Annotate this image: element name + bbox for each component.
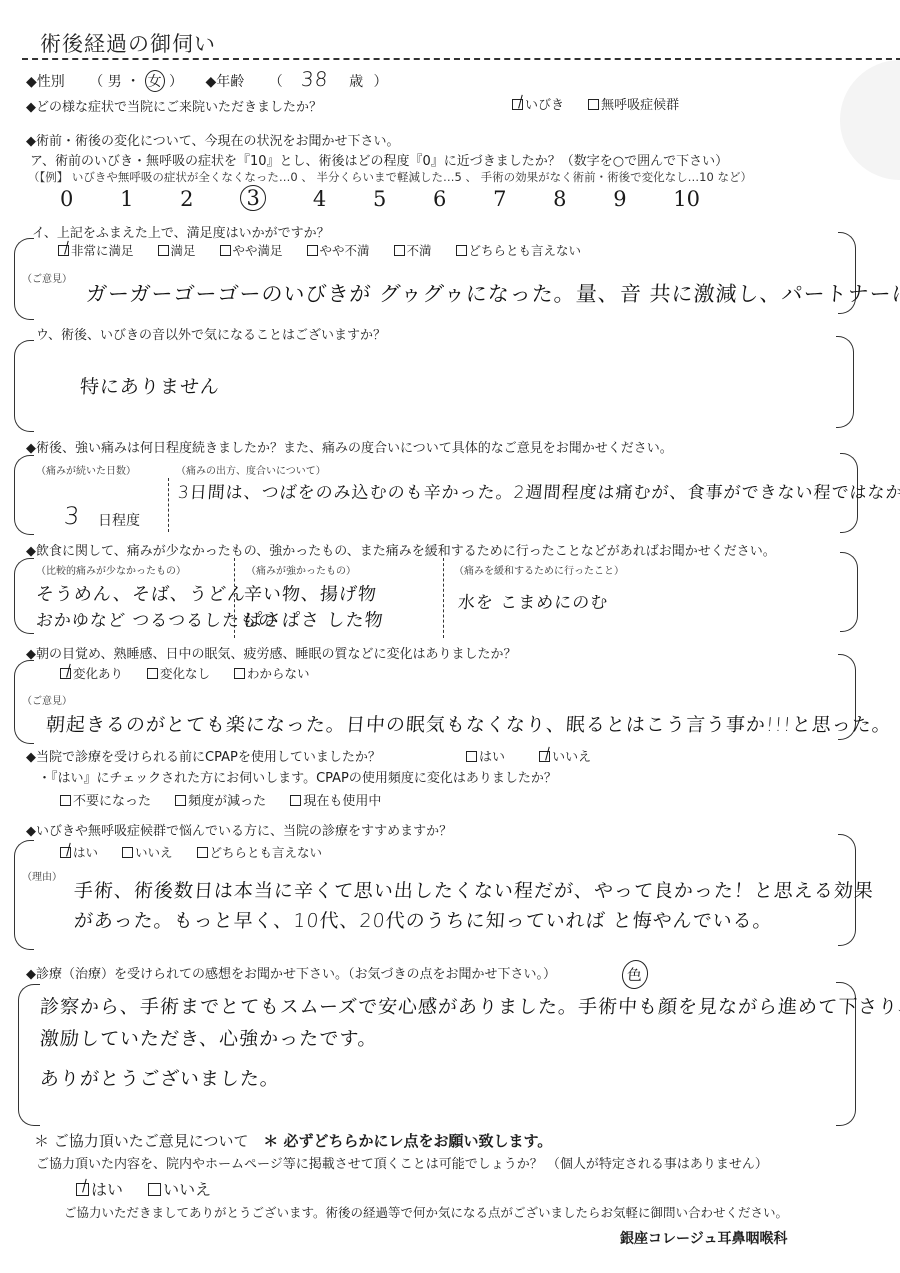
gender-option-female[interactable]: 女 [145, 70, 165, 92]
food-strong-line-2[interactable]: ぱさぱさ した物 [243, 606, 385, 632]
consent-heading-a: ＊ ご協力頂いたご意見について [34, 1132, 248, 1150]
scale-1[interactable]: 1 [120, 187, 133, 211]
checkbox[interactable] [466, 751, 477, 762]
food-relief-line-1[interactable]: 水を こまめにのむ [457, 588, 609, 613]
other-concerns-answer[interactable]: 特にありません [79, 372, 221, 399]
checkbox[interactable] [456, 245, 467, 256]
recommend-question: ◆いびきや無呼吸症候群で悩んでいる方に、当院の診療をすすめますか？ [26, 820, 452, 839]
checkbox[interactable] [394, 245, 405, 256]
change-example: （【例】 いびきや無呼吸の症状が全くなくなった…0 、 半分くらいまで軽減した…… [28, 169, 752, 185]
satisfaction-option-somewhat-dissatisfied[interactable]: やや不満 [307, 241, 370, 259]
bracket-left [18, 984, 40, 1126]
scale-4[interactable]: 4 [313, 187, 326, 211]
impressions-annotation: 色 [621, 960, 649, 989]
clinic-name: 銀座コレージュ耳鼻咽喉科 [620, 1228, 787, 1248]
impressions-line-1[interactable]: 診察から、手術までとてもスムーズで安心感がありました。手術中も顔を見ながら進めて… [39, 992, 900, 1019]
food-question: ◆飲食に関して、痛みが少なかったもの、強かったもの、また痛みを緩和するために行っ… [26, 540, 776, 559]
scan-shading [840, 60, 900, 180]
checkbox[interactable] [175, 795, 186, 806]
page-title: 術後経過の御伺い [40, 28, 216, 58]
recommend-reason-line-2[interactable]: があった。もっと早く、10代、20代のうちに知っていれば と悔やんでいる。 [73, 906, 774, 933]
cpap-options: はい いいえ [466, 746, 611, 765]
checkbox[interactable] [60, 847, 71, 858]
impressions-question: ◆診療（治療）を受けられての感想をお聞かせ下さい。（お気づきの点をお聞かせ下さい… [26, 963, 556, 982]
cpap-followup: ・『はい』にチェックされた方にお伺いします。CPAPの使用頻度に変化はありました… [38, 767, 557, 786]
food-less-line-1[interactable]: そうめん、そば、うどん [35, 580, 247, 606]
scale-8[interactable]: 8 [553, 187, 566, 211]
food-strong-line-1[interactable]: 辛い物、揚げ物 [243, 580, 378, 606]
sleep-opinion[interactable]: 朝起きるのがとても楽になった。日中の眠気もなくなり、眠るとはこう言う事か!!!と… [45, 710, 893, 737]
other-concerns-question: ウ、術後、いびきの音以外で気になることはございますか？ [36, 324, 386, 343]
satisfaction-option-dissatisfied[interactable]: 不満 [394, 241, 432, 259]
impressions-line-2[interactable]: 激励していただき、心強かったです。 [39, 1024, 379, 1051]
reason-label: （理由） [22, 868, 62, 883]
checkbox[interactable] [58, 245, 69, 256]
checkbox[interactable] [307, 245, 318, 256]
scale-0[interactable]: 0 [60, 187, 73, 211]
age-unit: 歳 [349, 74, 363, 90]
pain-days-value[interactable]: 3 [63, 502, 81, 530]
bracket-left [14, 840, 34, 950]
checkbox[interactable] [158, 245, 169, 256]
checkbox[interactable] [512, 99, 523, 110]
gender-option-male[interactable]: 男 [108, 74, 122, 90]
food-less-line-2[interactable]: おかゆなど つるつるしたもの [35, 606, 277, 631]
satisfaction-option-satisfied[interactable]: 満足 [158, 241, 196, 259]
scale-5[interactable]: 5 [373, 187, 386, 211]
satisfaction-opinion[interactable]: ガーガーゴーゴーのいびきが グゥグゥになった。量、音 共に激減し、パートナーに喜… [85, 278, 900, 308]
food-col-relief-label: （痛みを緩和するために行ったこと） [454, 562, 624, 577]
symptom-option-apnea[interactable]: 無呼吸症候群 [588, 94, 679, 113]
symptom-question: ◆どの様な症状で当院にご来院いただきましたか？ [26, 96, 322, 115]
pain-divider [168, 478, 169, 532]
symptom-options: いびき 無呼吸症候群 [512, 94, 699, 113]
change-sub-a: ア、術前のいびき・無呼吸の症状を『10』とし、術後はどの程度『0』に近づきました… [30, 150, 728, 169]
recommend-option-no[interactable]: いいえ [122, 843, 173, 861]
pain-detail[interactable]: 3日間は、つばをのみ込むのも辛かった。2週間程度は痛むが、食事ができない程ではな… [177, 478, 900, 503]
sleep-option-changed[interactable]: 変化あり [60, 664, 123, 682]
profile-row: ◆性別 （ 男 ・ 女 ） ◆年齢 （ 38 歳 ） [26, 67, 388, 92]
satisfaction-option-very-satisfied[interactable]: 非常に満足 [58, 241, 134, 259]
cpap-followup-reduced[interactable]: 頻度が減った [175, 790, 266, 809]
title-divider [22, 58, 900, 60]
recommend-option-yes[interactable]: はい [60, 843, 98, 861]
checkbox[interactable] [588, 99, 599, 110]
sleep-option-unknown[interactable]: わからない [234, 664, 310, 682]
checkbox[interactable] [60, 668, 71, 679]
symptom-option-snoring[interactable]: いびき [512, 94, 564, 113]
checkbox[interactable] [290, 795, 301, 806]
checkbox[interactable] [148, 1183, 161, 1196]
scale-2[interactable]: 2 [180, 187, 193, 211]
change-scale: 0 1 2 3 4 5 6 7 8 9 10 [60, 187, 700, 211]
consent-option-no[interactable]: いいえ [148, 1177, 211, 1200]
sleep-question: ◆朝の目覚め、熟睡感、日中の眠気、疲労感、睡眠の質などに変化はありましたか？ [26, 643, 516, 662]
cpap-followup-options: 不要になった 頻度が減った 現在も使用中 [60, 790, 401, 809]
cpap-question: ◆当院で診療を受けられる前にCPAPを使用していましたか？ [26, 746, 381, 765]
checkbox[interactable] [220, 245, 231, 256]
satisfaction-option-neutral[interactable]: どちらとも言えない [456, 241, 582, 259]
bracket-right [836, 336, 854, 428]
recommend-reason-line-1[interactable]: 手術、術後数日は本当に辛くて思い出したくない程だが、やって良かった！と思える効果 [73, 876, 875, 903]
impressions-line-3[interactable]: ありがとうございました。 [39, 1064, 281, 1091]
scale-7[interactable]: 7 [493, 187, 506, 211]
food-col-less-label: （比較的痛みが少なかったもの） [36, 562, 186, 577]
checkbox[interactable] [122, 847, 133, 858]
pain-question: ◆術後、強い痛みは何日程度続きましたか？また、痛みの度合いについて具体的なご意見… [26, 437, 673, 456]
cpap-option-no[interactable]: いいえ [539, 746, 591, 765]
checkbox[interactable] [76, 1183, 89, 1196]
cpap-followup-still-using[interactable]: 現在も使用中 [290, 790, 381, 809]
checkbox[interactable] [60, 795, 71, 806]
age-label: ◆年齢 [206, 74, 245, 90]
scale-9[interactable]: 9 [613, 187, 626, 211]
consent-heading: ＊ ご協力頂いたご意見について ＊ 必ずどちらかにレ点をお願い致します。 [34, 1130, 552, 1151]
change-question: ◆術前・術後の変化について、今現在の状況をお聞かせ下さい。 [26, 130, 399, 149]
checkbox[interactable] [147, 668, 158, 679]
satisfaction-option-somewhat-satisfied[interactable]: やや満足 [220, 241, 283, 259]
bracket-left [14, 558, 34, 634]
food-col-strong-label: （痛みが強かったもの） [246, 562, 356, 577]
consent-options: はい いいえ [76, 1177, 231, 1200]
bracket-right [840, 552, 858, 632]
checkbox[interactable] [197, 847, 208, 858]
cpap-followup-not-needed[interactable]: 不要になった [60, 790, 151, 809]
consent-thanks: ご協力いただきましてありがとうございます。術後の経過等で何か気になる点がございま… [64, 1203, 788, 1221]
cpap-option-yes[interactable]: はい [466, 746, 505, 765]
checkbox[interactable] [539, 751, 550, 762]
pain-detail-label: （痛みの出方、度合いについて） [176, 462, 326, 477]
consent-question: ご協力頂いた内容を、院内やホームページ等に掲載させて頂くことは可能でしょうか？ … [36, 1153, 768, 1172]
satisfaction-question: イ、上記をふまえた上で、満足度はいかがですか？ [32, 222, 330, 241]
checkbox[interactable] [234, 668, 245, 679]
consent-option-yes[interactable]: はい [76, 1177, 123, 1200]
pain-days-unit: 日程度 [98, 510, 140, 530]
scale-6[interactable]: 6 [433, 187, 446, 211]
opinion-label: （ご意見） [22, 692, 72, 707]
pain-days-label: （痛みが続いた日数） [36, 462, 136, 477]
scale-3-selected[interactable]: 3 [240, 185, 266, 211]
scale-10[interactable]: 10 [673, 187, 700, 211]
recommend-option-neutral[interactable]: どちらとも言えない [197, 843, 323, 861]
food-divider-2 [443, 558, 444, 638]
bracket-left [14, 340, 34, 432]
sleep-options: 変化あり 変化なし わからない [60, 664, 330, 682]
gender-label: ◆性別 [26, 74, 65, 90]
sleep-option-unchanged[interactable]: 変化なし [147, 664, 210, 682]
recommend-options: はい いいえ どちらとも言えない [60, 843, 342, 861]
age-value[interactable]: 38 [300, 67, 329, 91]
consent-heading-b: ＊ 必ずどちらかにレ点をお願い致します。 [263, 1132, 552, 1150]
opinion-label: （ご意見） [22, 270, 72, 285]
satisfaction-options: 非常に満足 満足 やや満足 やや不満 不満 どちらとも言えない [58, 241, 601, 259]
bracket-left [14, 455, 34, 535]
